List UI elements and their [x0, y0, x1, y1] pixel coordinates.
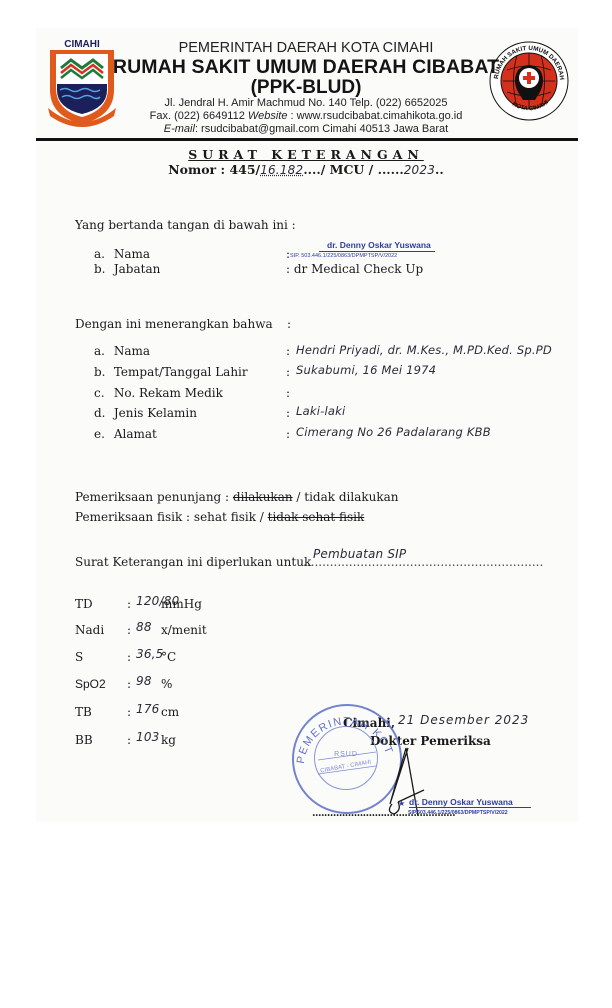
vital-value: 88: [136, 620, 152, 634]
patient-name-label: a. Nama: [94, 344, 150, 358]
nomor-handwritten: 16.182: [260, 163, 303, 177]
vital-value: 98: [136, 674, 152, 688]
letterhead-divider: [36, 138, 578, 141]
nomor-year: 2023: [404, 163, 435, 177]
vital-unit: °C: [161, 650, 176, 664]
government-name: PEMERINTAH DAERAH KOTA CIMAHI: [0, 40, 612, 56]
patient-address-colon: :: [286, 427, 290, 441]
vital-label: TB: [75, 705, 92, 719]
vital-unit: mmHg: [161, 597, 202, 611]
website[interactable]: : www.rsudcibabat.cimahikota.go.id: [291, 110, 463, 122]
patient-birth-label: b. Tempat/Tanggal Lahir: [94, 365, 248, 379]
vital-value: 176: [136, 702, 160, 716]
vital-label: Nadi: [75, 623, 104, 637]
vital-colon: :: [127, 650, 131, 664]
stamp-star: ★: [398, 799, 405, 808]
email[interactable]: : rsudcibabat@gmail.com Cimahi 40513 Jaw…: [195, 123, 448, 135]
vital-label: TD: [75, 597, 93, 611]
signature-dots: ........................................…: [312, 808, 455, 819]
signatory-position-value: : dr Medical Check Up: [286, 262, 423, 276]
email-label: E-mail: [164, 123, 195, 135]
signatory-name-stamp: dr. Denny Oskar Yuswana: [319, 240, 435, 252]
patient-mrn-label: c. No. Rekam Medik: [94, 386, 223, 400]
document-number: Nomor : 445/16.182..../ MCU / ......2023…: [0, 162, 612, 177]
patient-name-value: Hendri Priyadi, dr. M.Kes., M.PD.Ked. Sp…: [296, 343, 552, 357]
email-line: E-mail: rsudcibabat@gmail.com Cimahi 405…: [0, 123, 612, 135]
patient-sex-label: d. Jenis Kelamin: [94, 406, 197, 420]
vital-unit: %: [161, 677, 172, 691]
vital-colon: :: [127, 677, 131, 691]
signatory-intro: Yang bertanda tangan di bawah ini :: [75, 218, 296, 232]
fax-website-line: Fax. (022) 6649112 Website : www.rsudcib…: [0, 110, 612, 122]
supporting-exam-struck: dilakukan: [233, 490, 293, 504]
patient-sex-colon: :: [286, 406, 290, 420]
closing-doctor-name: dr. Denny Oskar Yuswana: [409, 797, 531, 808]
vital-label: S: [75, 650, 83, 664]
vital-colon: :: [127, 733, 131, 747]
purpose-value: Pembuatan SIP: [313, 547, 406, 561]
vital-unit: x/menit: [161, 623, 207, 637]
address-line: Jl. Jendral H. Amir Machmud No. 140 Telp…: [0, 97, 612, 109]
vital-colon: :: [127, 705, 131, 719]
patient-name-colon: :: [286, 344, 290, 358]
patient-birth-value: Sukabumi, 16 Mei 1974: [296, 363, 436, 377]
website-label: Website: [248, 110, 288, 122]
patient-mrn-colon: :: [286, 386, 290, 400]
document-title: SURAT KETERANGAN: [0, 147, 612, 162]
patient-intro-colon: :: [287, 317, 291, 331]
fax: Fax. (022) 6649112: [150, 110, 245, 122]
hospital-name: RUMAH SAKIT UMUM DAERAH CIBABAT: [0, 56, 612, 79]
vital-colon: :: [127, 597, 131, 611]
supporting-exam-line: Pemeriksaan penunjang : dilakukan / tida…: [75, 490, 399, 504]
closing-date: 21 Desember 2023: [398, 713, 529, 727]
signatory-sip: SIP. 503.446.1/225/0863/DPMPTSP/V/2022: [290, 253, 397, 259]
hospital-unit: (PPK-BLUD): [0, 77, 612, 99]
vital-value: 103: [136, 730, 160, 744]
vital-label: BB: [75, 733, 93, 747]
patient-address-value: Cimerang No 26 Padalarang KBB: [296, 425, 491, 439]
vital-unit: kg: [161, 733, 176, 747]
signatory-name-label: a. Nama: [94, 247, 150, 261]
patient-birth-colon: :: [286, 365, 290, 379]
vital-value: 36,5: [136, 647, 164, 661]
signatory-position-label: b. Jabatan: [94, 262, 160, 276]
purpose-line: Surat Keterangan ini diperlukan untuk: [75, 555, 311, 569]
vital-unit: cm: [161, 705, 179, 719]
patient-address-label: e. Alamat: [94, 427, 157, 441]
stamp-inner-text-2: CIBABAT - CIMAHI: [320, 760, 372, 775]
patient-sex-value: Laki-laki: [296, 404, 345, 418]
vital-colon: :: [127, 623, 131, 637]
physical-exam-line: Pemeriksaan fisik : sehat fisik / tidak …: [75, 510, 364, 524]
patient-intro: Dengan ini menerangkan bahwa: [75, 317, 273, 331]
vital-label: SpO2: [75, 677, 106, 691]
physical-exam-struck: tidak sehat fisik: [268, 510, 365, 524]
